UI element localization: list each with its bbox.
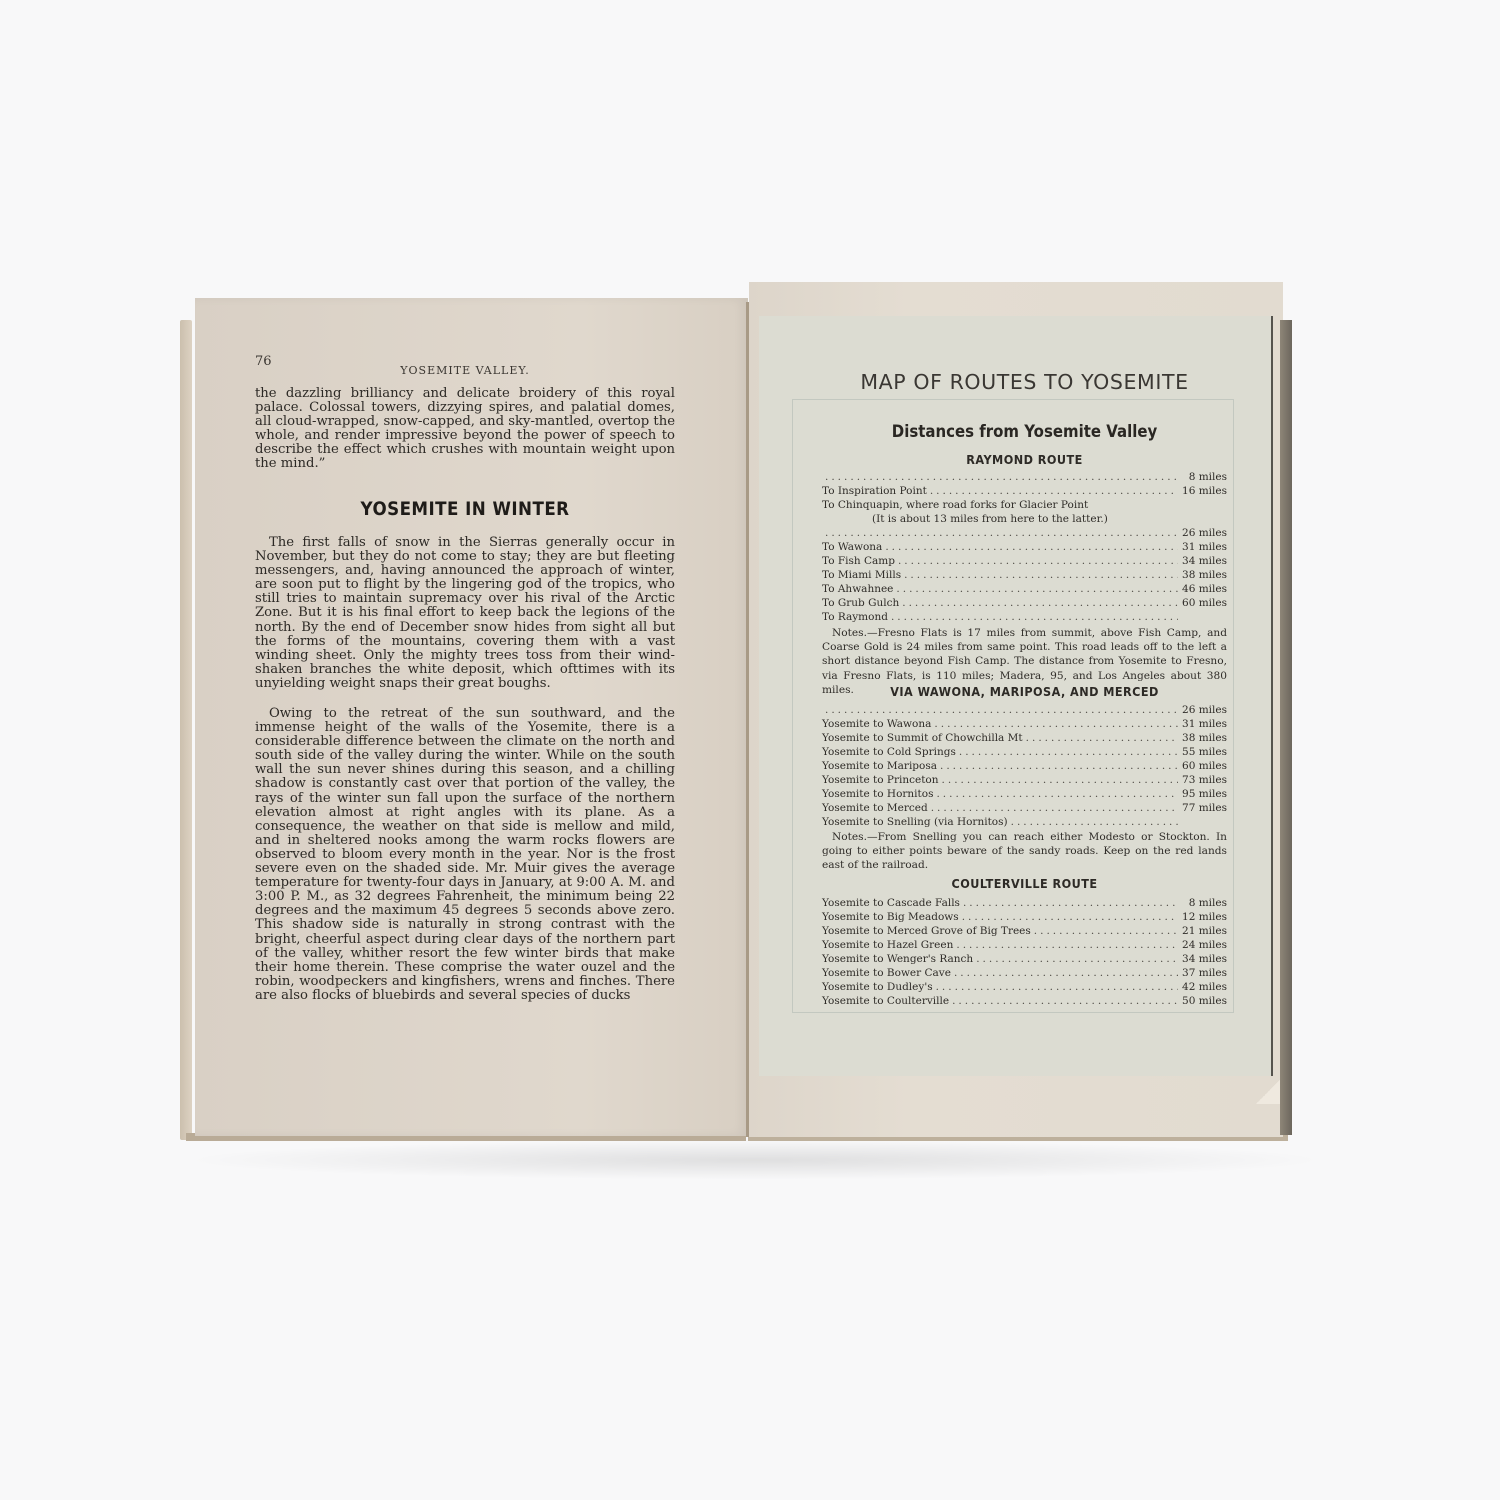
dot-leader: ........................................… bbox=[934, 717, 1178, 731]
book-right-edge bbox=[1280, 320, 1292, 1135]
distance-row: To Fish Camp............................… bbox=[822, 554, 1227, 568]
distance-row: Yosemite to Wawona......................… bbox=[822, 717, 1227, 731]
destination-label: Yosemite to Hornitos bbox=[822, 787, 933, 801]
folded-corner bbox=[1256, 1080, 1280, 1104]
distance-value: 12 miles bbox=[1181, 910, 1227, 924]
destination-label: To Chinquapin, where road forks for Glac… bbox=[822, 498, 1088, 512]
destination-label: Yosemite to Cascade Falls bbox=[822, 896, 960, 910]
distance-value: 73 miles bbox=[1181, 773, 1227, 787]
distance-row: ........................................… bbox=[822, 703, 1227, 717]
destination-label: (It is about 13 miles from here to the l… bbox=[822, 512, 1108, 526]
destination-label: Yosemite to Merced bbox=[822, 801, 928, 815]
distance-row: To Inspiration Point....................… bbox=[822, 484, 1227, 498]
destination-label: Yosemite to Wawona bbox=[822, 717, 931, 731]
destination-label: Yosemite to Princeton bbox=[822, 773, 939, 787]
distance-row: ........................................… bbox=[822, 470, 1227, 484]
distance-row: To Ahwahnee.............................… bbox=[822, 582, 1227, 596]
dot-leader: ........................................… bbox=[825, 470, 1178, 484]
distance-value: 26 miles bbox=[1181, 526, 1227, 540]
body-paragraph-1: The first falls of snow in the Sierras g… bbox=[255, 536, 675, 691]
raymond-route-heading: RAYMOND ROUTE bbox=[842, 452, 1207, 467]
distance-row: To Wawona...............................… bbox=[822, 540, 1227, 554]
dot-leader: ........................................… bbox=[1026, 731, 1178, 745]
distance-row: Yosemite to Cascade Falls...............… bbox=[822, 896, 1227, 910]
dot-leader: ........................................… bbox=[825, 703, 1178, 717]
distance-value: 8 miles bbox=[1181, 896, 1227, 910]
dot-leader: ........................................… bbox=[825, 526, 1178, 540]
destination-label: To Grub Gulch bbox=[822, 596, 899, 610]
destination-label: To Wawona bbox=[822, 540, 882, 554]
distance-row: To Miami Mills..........................… bbox=[822, 568, 1227, 582]
distance-value: 38 miles bbox=[1181, 731, 1227, 745]
dot-leader: ........................................… bbox=[936, 980, 1178, 994]
distance-value: 42 miles bbox=[1181, 980, 1227, 994]
distance-value: 95 miles bbox=[1181, 787, 1227, 801]
book-shadow bbox=[180, 1140, 1330, 1180]
wawona-route-notes: Notes.—From Snelling you can reach eithe… bbox=[822, 830, 1227, 873]
dot-leader: ........................................… bbox=[930, 484, 1178, 498]
dot-leader: ........................................… bbox=[963, 896, 1178, 910]
map-title: MAP OF ROUTES TO YOSEMITE bbox=[822, 370, 1227, 394]
destination-label: Yosemite to Dudley's bbox=[822, 980, 933, 994]
dot-leader: ........................................… bbox=[904, 568, 1178, 582]
distance-value: 8 miles bbox=[1181, 470, 1227, 484]
destination-label: To Ahwahnee bbox=[822, 582, 893, 596]
distance-row: To Grub Gulch...........................… bbox=[822, 596, 1227, 610]
dot-leader: ........................................… bbox=[959, 745, 1178, 759]
destination-label: Yosemite to Wenger's Ranch bbox=[822, 952, 973, 966]
coulterville-route-table: Yosemite to Cascade Falls...............… bbox=[822, 896, 1227, 1008]
distance-value: 55 miles bbox=[1181, 745, 1227, 759]
destination-label: Yosemite to Mariposa bbox=[822, 759, 937, 773]
running-head: YOSEMITE VALLEY. bbox=[255, 364, 675, 377]
distance-row: Yosemite to Mariposa....................… bbox=[822, 759, 1227, 773]
destination-label: Yosemite to Snelling (via Hornitos) bbox=[822, 815, 1008, 829]
dot-leader: ........................................… bbox=[1034, 924, 1178, 938]
raymond-route-table: ........................................… bbox=[822, 470, 1227, 624]
dot-leader: ........................................… bbox=[891, 610, 1178, 624]
distance-value: 26 miles bbox=[1181, 703, 1227, 717]
destination-label: To Fish Camp bbox=[822, 554, 895, 568]
distance-value: 37 miles bbox=[1181, 966, 1227, 980]
distance-value: 31 miles bbox=[1181, 717, 1227, 731]
dot-leader: ........................................… bbox=[962, 910, 1178, 924]
distance-value: 21 miles bbox=[1181, 924, 1227, 938]
distance-row: Yosemite to Merced Grove of Big Trees...… bbox=[822, 924, 1227, 938]
distance-value: 60 miles bbox=[1181, 759, 1227, 773]
distance-row: Yosemite to Dudley's....................… bbox=[822, 980, 1227, 994]
wawona-route-heading: VIA WAWONA, MARIPOSA, AND MERCED bbox=[842, 684, 1207, 699]
distance-row: Yosemite to Princeton...................… bbox=[822, 773, 1227, 787]
distance-row: Yosemite to Snelling (via Hornitos).....… bbox=[822, 815, 1227, 829]
dot-leader: ........................................… bbox=[896, 582, 1178, 596]
distance-value: 34 miles bbox=[1181, 952, 1227, 966]
distance-row: (It is about 13 miles from here to the l… bbox=[822, 512, 1227, 526]
distance-row: ........................................… bbox=[822, 526, 1227, 540]
distance-row: Yosemite to Cold Springs................… bbox=[822, 745, 1227, 759]
destination-label: To Inspiration Point bbox=[822, 484, 927, 498]
distance-row: To Raymond..............................… bbox=[822, 610, 1227, 624]
book-left-edge bbox=[180, 320, 192, 1140]
dot-leader: ........................................… bbox=[885, 540, 1178, 554]
coulterville-route-heading: COULTERVILLE ROUTE bbox=[842, 876, 1207, 891]
dot-leader: ........................................… bbox=[902, 596, 1178, 610]
dot-leader: ........................................… bbox=[1011, 815, 1178, 829]
distance-row: Yosemite to Hornitos....................… bbox=[822, 787, 1227, 801]
body-paragraph-2: Owing to the retreat of the sun southwar… bbox=[255, 707, 675, 1003]
dot-leader: ........................................… bbox=[942, 773, 1178, 787]
destination-label: Yosemite to Coulterville bbox=[822, 994, 949, 1008]
distance-value: 38 miles bbox=[1181, 568, 1227, 582]
dot-leader: ........................................… bbox=[952, 994, 1178, 1008]
distance-row: Yosemite to Coulterville................… bbox=[822, 994, 1227, 1008]
distance-value: 16 miles bbox=[1181, 484, 1227, 498]
wawona-route-table: ........................................… bbox=[822, 703, 1227, 829]
dot-leader: ........................................… bbox=[976, 952, 1178, 966]
distance-value: 60 miles bbox=[1181, 596, 1227, 610]
destination-label: Yosemite to Bower Cave bbox=[822, 966, 951, 980]
distances-title: Distances from Yosemite Valley bbox=[846, 422, 1202, 442]
destination-label: To Miami Mills bbox=[822, 568, 901, 582]
destination-label: Yosemite to Cold Springs bbox=[822, 745, 956, 759]
distance-row: Yosemite to Big Meadows.................… bbox=[822, 910, 1227, 924]
distance-value: 34 miles bbox=[1181, 554, 1227, 568]
dot-leader: ........................................… bbox=[931, 801, 1178, 815]
distance-value: 31 miles bbox=[1181, 540, 1227, 554]
book-gutter bbox=[746, 302, 749, 1137]
dot-leader: ........................................… bbox=[956, 938, 1178, 952]
distance-row: Yosemite to Wenger's Ranch..............… bbox=[822, 952, 1227, 966]
dot-leader: ........................................… bbox=[954, 966, 1178, 980]
distance-value: 50 miles bbox=[1181, 994, 1227, 1008]
distance-value: 24 miles bbox=[1181, 938, 1227, 952]
destination-label: Yosemite to Hazel Green bbox=[822, 938, 953, 952]
destination-label: To Raymond bbox=[822, 610, 888, 624]
destination-label: Yosemite to Summit of Chowchilla Mt bbox=[822, 731, 1023, 745]
dot-leader: ........................................… bbox=[936, 787, 1178, 801]
section-title: YOSEMITE IN WINTER bbox=[280, 498, 650, 520]
distance-row: Yosemite to Merced......................… bbox=[822, 801, 1227, 815]
destination-label: Yosemite to Merced Grove of Big Trees bbox=[822, 924, 1031, 938]
distance-row: Yosemite to Bower Cave..................… bbox=[822, 966, 1227, 980]
dot-leader: ........................................… bbox=[898, 554, 1178, 568]
quote-paragraph: the dazzling brilliancy and delicate bro… bbox=[255, 387, 675, 472]
distance-row: Yosemite to Hazel Green.................… bbox=[822, 938, 1227, 952]
distance-row: Yosemite to Summit of Chowchilla Mt.....… bbox=[822, 731, 1227, 745]
distance-value: 46 miles bbox=[1181, 582, 1227, 596]
distance-row: To Chinquapin, where road forks for Glac… bbox=[822, 498, 1227, 512]
destination-label: Yosemite to Big Meadows bbox=[822, 910, 959, 924]
distance-value: 77 miles bbox=[1181, 801, 1227, 815]
dot-leader: ........................................… bbox=[940, 759, 1178, 773]
